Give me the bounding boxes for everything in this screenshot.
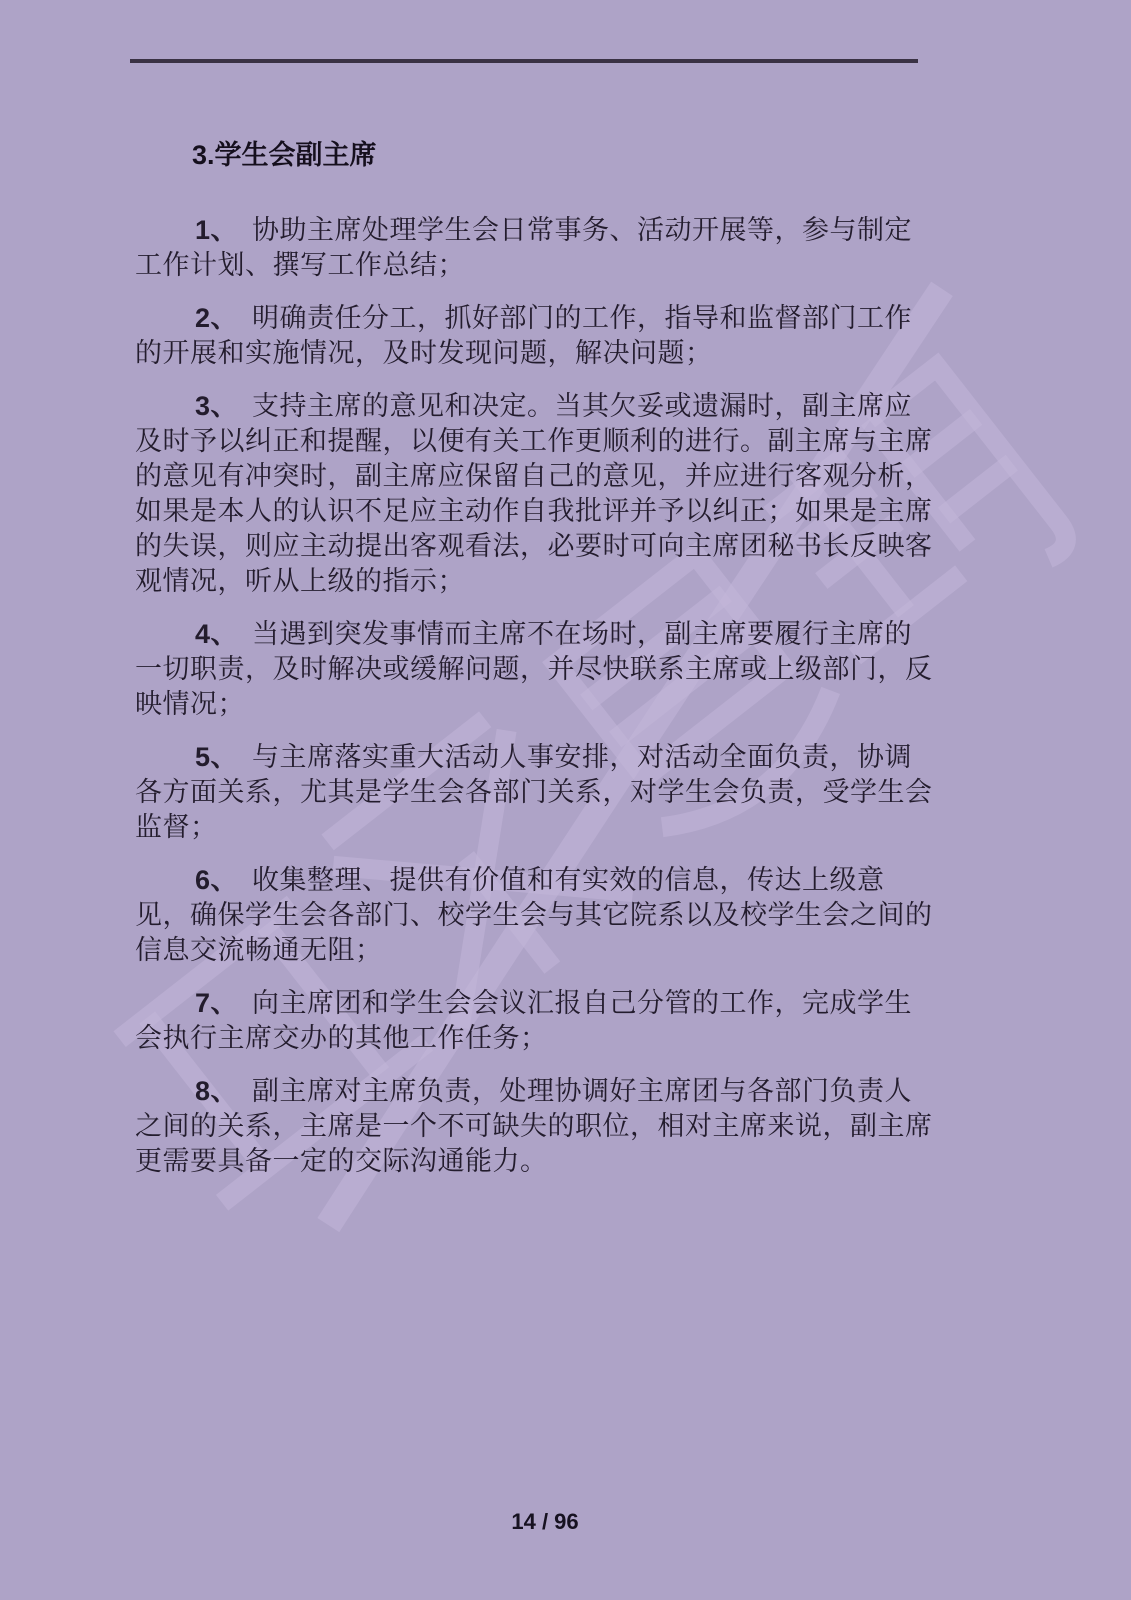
text-line: 的开展和实施情况，及时发现问题，解决问题； bbox=[135, 336, 925, 371]
document-page: 3.学生会副主席 1、 协助主席处理学生会日常事务、活动开展等，参与制定工作计划… bbox=[0, 0, 1131, 1600]
header-rule bbox=[130, 59, 918, 63]
paragraph: 5、 与主席落实重大活动人事安排，对活动全面负责，协调各方面关系，尤其是学生会各… bbox=[135, 740, 925, 845]
section-heading: 3.学生会副主席 bbox=[192, 140, 925, 170]
paragraph: 1、 协助主席处理学生会日常事务、活动开展等，参与制定工作计划、撰写工作总结； bbox=[135, 213, 925, 283]
paragraph-list: 1、 协助主席处理学生会日常事务、活动开展等，参与制定工作计划、撰写工作总结；2… bbox=[135, 213, 925, 1179]
text-line: 见，确保学生会各部门、校学生会与其它院系以及校学生会之间的 bbox=[135, 898, 925, 933]
page-footer: 14 / 96 bbox=[0, 1509, 1090, 1535]
text-line: 及时予以纠正和提醒，以便有关工作更顺利的进行。副主席与主席 bbox=[135, 424, 925, 459]
page-number: 14 / 96 bbox=[511, 1509, 578, 1534]
paragraph: 8、 副主席对主席负责，处理协调好主席团与各部门负责人之间的关系，主席是一个不可… bbox=[135, 1074, 925, 1179]
text-line: 3、 支持主席的意见和决定。当其欠妥或遗漏时，副主席应 bbox=[135, 389, 925, 424]
text-line: 6、 收集整理、提供有价值和有实效的信息，传达上级意 bbox=[135, 863, 925, 898]
text-line: 7、 向主席团和学生会会议汇报自己分管的工作，完成学生 bbox=[135, 986, 925, 1021]
text-line: 的意见有冲突时，副主席应保留自己的意见，并应进行客观分析， bbox=[135, 459, 925, 494]
text-line: 监督； bbox=[135, 810, 925, 845]
text-line: 5、 与主席落实重大活动人事安排，对活动全面负责，协调 bbox=[135, 740, 925, 775]
text-line: 之间的关系，主席是一个不可缺失的职位，相对主席来说，副主席 bbox=[135, 1109, 925, 1144]
text-line: 1、 协助主席处理学生会日常事务、活动开展等，参与制定 bbox=[135, 213, 925, 248]
paragraph: 6、 收集整理、提供有价值和有实效的信息，传达上级意见，确保学生会各部门、校学生… bbox=[135, 863, 925, 968]
document-content: 3.学生会副主席 1、 协助主席处理学生会日常事务、活动开展等，参与制定工作计划… bbox=[135, 140, 925, 1179]
text-line: 一切职责，及时解决或缓解问题，并尽快联系主席或上级部门，反 bbox=[135, 652, 925, 687]
text-line: 如果是本人的认识不足应主动作自我批评并予以纠正；如果是主席 bbox=[135, 494, 925, 529]
text-line: 工作计划、撰写工作总结； bbox=[135, 248, 925, 283]
text-line: 8、 副主席对主席负责，处理协调好主席团与各部门负责人 bbox=[135, 1074, 925, 1109]
paragraph: 3、 支持主席的意见和决定。当其欠妥或遗漏时，副主席应及时予以纠正和提醒，以便有… bbox=[135, 389, 925, 599]
paragraph: 7、 向主席团和学生会会议汇报自己分管的工作，完成学生会执行主席交办的其他工作任… bbox=[135, 986, 925, 1056]
text-line: 会执行主席交办的其他工作任务； bbox=[135, 1021, 925, 1056]
text-line: 4、 当遇到突发事情而主席不在场时，副主席要履行主席的 bbox=[135, 617, 925, 652]
text-line: 各方面关系，尤其是学生会各部门关系，对学生会负责，受学生会 bbox=[135, 775, 925, 810]
paragraph: 4、 当遇到突发事情而主席不在场时，副主席要履行主席的一切职责，及时解决或缓解问… bbox=[135, 617, 925, 722]
text-line: 更需要具备一定的交际沟通能力。 bbox=[135, 1144, 925, 1179]
text-line: 观情况，听从上级的指示； bbox=[135, 564, 925, 599]
text-line: 2、 明确责任分工，抓好部门的工作，指导和监督部门工作 bbox=[135, 301, 925, 336]
paragraph: 2、 明确责任分工，抓好部门的工作，指导和监督部门工作的开展和实施情况，及时发现… bbox=[135, 301, 925, 371]
text-line: 的失误，则应主动提出客观看法，必要时可向主席团秘书长反映客 bbox=[135, 529, 925, 564]
text-line: 信息交流畅通无阻； bbox=[135, 933, 925, 968]
text-line: 映情况； bbox=[135, 687, 925, 722]
